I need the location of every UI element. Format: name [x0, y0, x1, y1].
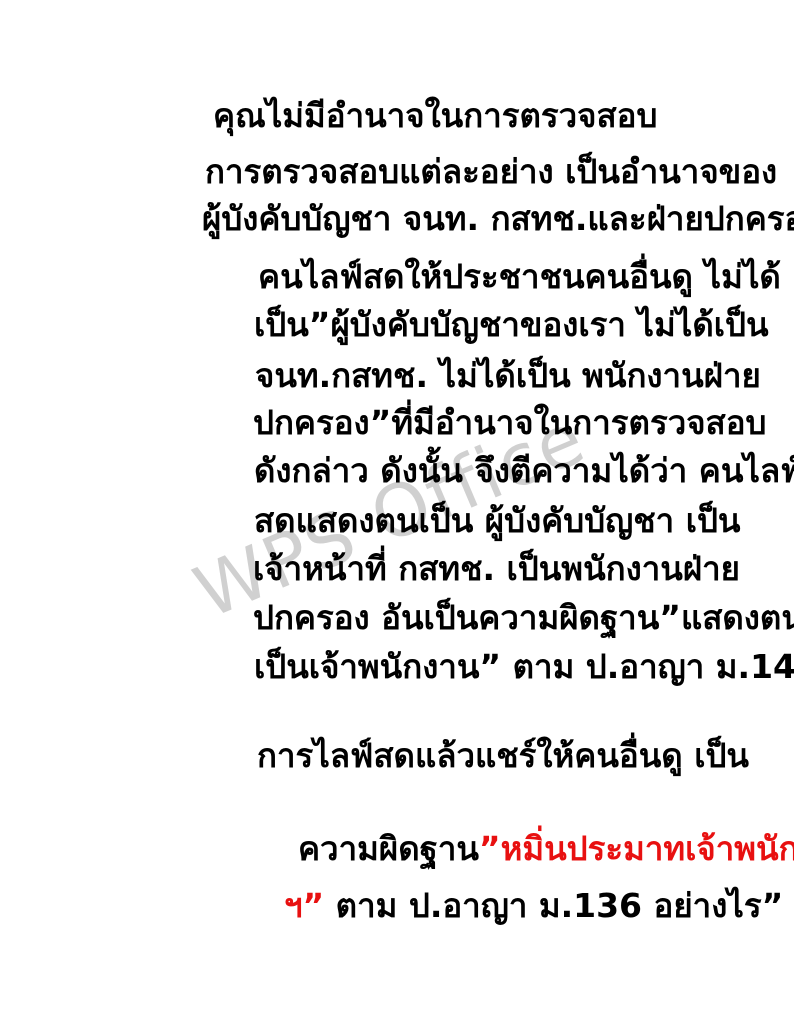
text-line-body-3: จนท.กสทช. ไม่ได้เป็น พนักงานฝ่าย: [255, 354, 761, 399]
text-line-intro-3: ผู้บังคับบัญชา จนท. กสทช.และฝ่ายปกครอง: [202, 197, 794, 242]
text-line-intro-1: คุณไม่มีอำนาจในการตรวจสอบ: [213, 94, 657, 139]
text-line-body-1: คนไลฟ์สดให้ประชาชนคนอื่นดู ไม่ได้: [258, 255, 781, 300]
text-line-body-7: เจ้าหน้าที่ กสทช. เป็นพนักงานฝ่าย: [253, 547, 740, 592]
text-line-body-8: ปกครอง อันเป็นความผิดฐาน”แสดงตน: [253, 596, 794, 641]
text-line-body-9: เป็นเจ้าพนักงาน” ตาม ป.อาญา ม.145: [254, 645, 794, 690]
text-line-intro-2: การตรวจสอบแต่ละอย่าง เป็นอำนาจของ: [205, 150, 777, 195]
question-line3-red-text: ฯ”: [284, 886, 324, 925]
text-line-body-6: สดแสดงตนเป็น ผู้บังคับบัญชา เป็น: [254, 499, 740, 544]
text-line-question-1: การไลฟ์สดแล้วแชร์ให้คนอื่นดู เป็น: [257, 734, 749, 779]
question-line3-black-text: ตาม ป.อาญา ม.136 อย่างไร”: [324, 886, 783, 925]
document-page: WPS Office คุณไม่มีอำนาจในการตรวจสอบ การ…: [0, 0, 794, 1027]
text-line-body-2: เป็น”ผู้บังคับบัญชาของเรา ไม่ได้เป็น: [254, 303, 769, 348]
text-line-body-5: ดังกล่าว ดังนั้น จึงตีความได้ว่า คนไลฟ์: [254, 449, 794, 494]
text-line-body-4: ปกครอง”ที่มีอำนาจในการตรวจสอบ: [253, 401, 766, 446]
text-line-question-3: ฯ” ตาม ป.อาญา ม.136 อย่างไร”: [238, 839, 783, 973]
